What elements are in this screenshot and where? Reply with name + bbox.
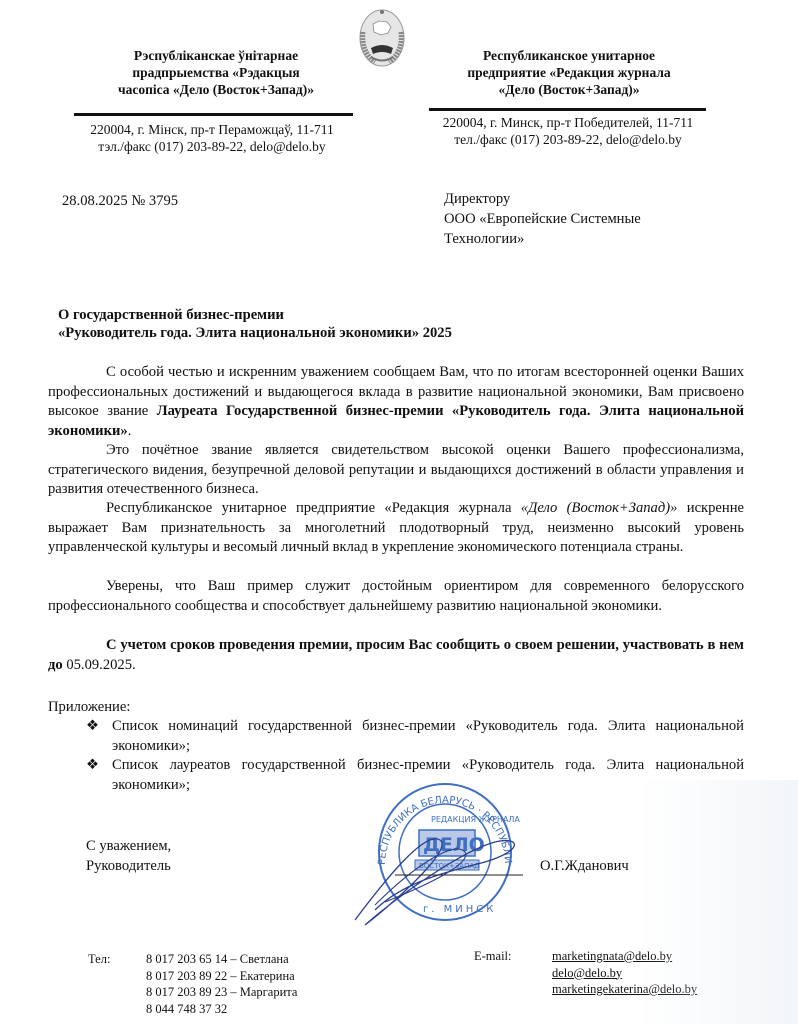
addressee-line: Технологии» (444, 229, 641, 249)
org-line: Рэспубліканскае ўнітарнае (76, 47, 356, 64)
official-stamp: РЕСПУБЛИКА БЕЛАРУСЬ · РЕСПУБЛИКАНСКОЕ УН… (345, 770, 535, 930)
svg-text:РЕДАКЦИЯ ЖУРНАЛА: РЕДАКЦИЯ ЖУРНАЛА (431, 815, 520, 824)
signatory-name: О.Г.Жданович (540, 857, 629, 877)
contact-line: тел./факс (017) 203-89-22, delo@delo.by (418, 131, 718, 148)
journal-name: «Дело (Восток+Запад)» (521, 500, 678, 516)
org-line: Республиканское унитарное (424, 47, 714, 64)
diamond-bullet-icon: ❖ (86, 717, 106, 737)
address-line: 220004, г. Мінск, пр-т Пераможцаў, 11-71… (64, 121, 360, 138)
addressee-line: ООО «Европейские Системные (444, 209, 641, 229)
phone-entry: 8 017 203 89 23 – Маргарита (146, 984, 297, 1001)
addressee: Директору ООО «Европейские Системные Тех… (444, 189, 641, 249)
phone-list: 8 017 203 65 14 – Светлана 8 017 203 89 … (146, 951, 297, 1017)
belarus-emblem-icon (357, 2, 407, 68)
email-label: E-mail: (474, 948, 512, 965)
org-line: прадпрыемства «Рэдакцыя (76, 64, 356, 81)
stamp-icon: РЕСПУБЛИКА БЕЛАРУСЬ · РЕСПУБЛИКАНСКОЕ УН… (345, 770, 535, 930)
state-emblem (357, 2, 407, 68)
phone-label: Тел: (88, 951, 110, 968)
address-line: 220004, г. Минск, пр-т Победителей, 11-7… (418, 114, 718, 131)
svg-text:ДЕЛО: ДЕЛО (423, 834, 485, 856)
body-paragraph-4: Уверены, что Ваш пример служит достойным… (48, 577, 744, 616)
signatory-position: Руководитель (86, 856, 171, 876)
phone-entry: 8 044 748 37 32 (146, 1001, 297, 1018)
phone-entry: 8 017 203 89 22 – Екатерина (146, 968, 297, 985)
attachments-label: Приложение: (48, 698, 130, 718)
letterhead-right-org: Республиканское унитарное предприятие «Р… (424, 47, 714, 98)
org-line: «Дело (Восток+Запад)» (424, 81, 714, 98)
subject-line: О государственной бизнес-премии (58, 306, 452, 324)
body-paragraph-1: С особой честью и искренним уважением со… (48, 363, 744, 441)
phone-entry: 8 017 203 65 14 – Светлана (146, 951, 297, 968)
letterhead-left-divider (74, 113, 353, 116)
scan-shadow (638, 780, 798, 1024)
deadline-date: 05.09.2025. (63, 657, 136, 673)
body-paragraph-3: Республиканское унитарное предприятие «Р… (48, 499, 744, 558)
letterhead-right-address: 220004, г. Минск, пр-т Победителей, 11-7… (418, 114, 718, 148)
date-number: 28.08.2025 № 3795 (62, 192, 178, 212)
letterhead-left-address: 220004, г. Мінск, пр-т Пераможцаў, 11-71… (64, 121, 360, 155)
contact-line: тэл./факс (017) 203-89-22, delo@delo.by (64, 138, 360, 155)
letterhead-left-org: Рэспубліканскае ўнітарнае прадпрыемства … (76, 47, 356, 98)
addressee-line: Директору (444, 189, 641, 209)
subject-heading: О государственной бизнес-премии «Руковод… (58, 306, 452, 342)
subject-line: «Руководитель года. Элита национальной э… (58, 324, 452, 342)
letterhead-right-divider (429, 108, 706, 111)
org-line: предприятие «Редакция журнала (424, 64, 714, 81)
org-line: часопіса «Дело (Восток+Запад)» (76, 81, 356, 98)
email-link[interactable]: delo@delo.by (552, 966, 622, 980)
signature-block: С уважением, Руководитель (86, 836, 171, 876)
body-paragraph-2: Это почётное звание является свидетельст… (48, 441, 744, 500)
svg-text:г. МИНСК: г. МИНСК (423, 904, 496, 915)
body-paragraph-5: С учетом сроков проведения премии, проси… (48, 636, 744, 675)
deadline-request: С учетом сроков проведения премии, проси… (48, 637, 744, 673)
closing: С уважением, (86, 836, 171, 856)
attachment-item: ❖ Список номинаций государственной бизне… (86, 717, 744, 756)
diamond-bullet-icon: ❖ (86, 756, 106, 776)
